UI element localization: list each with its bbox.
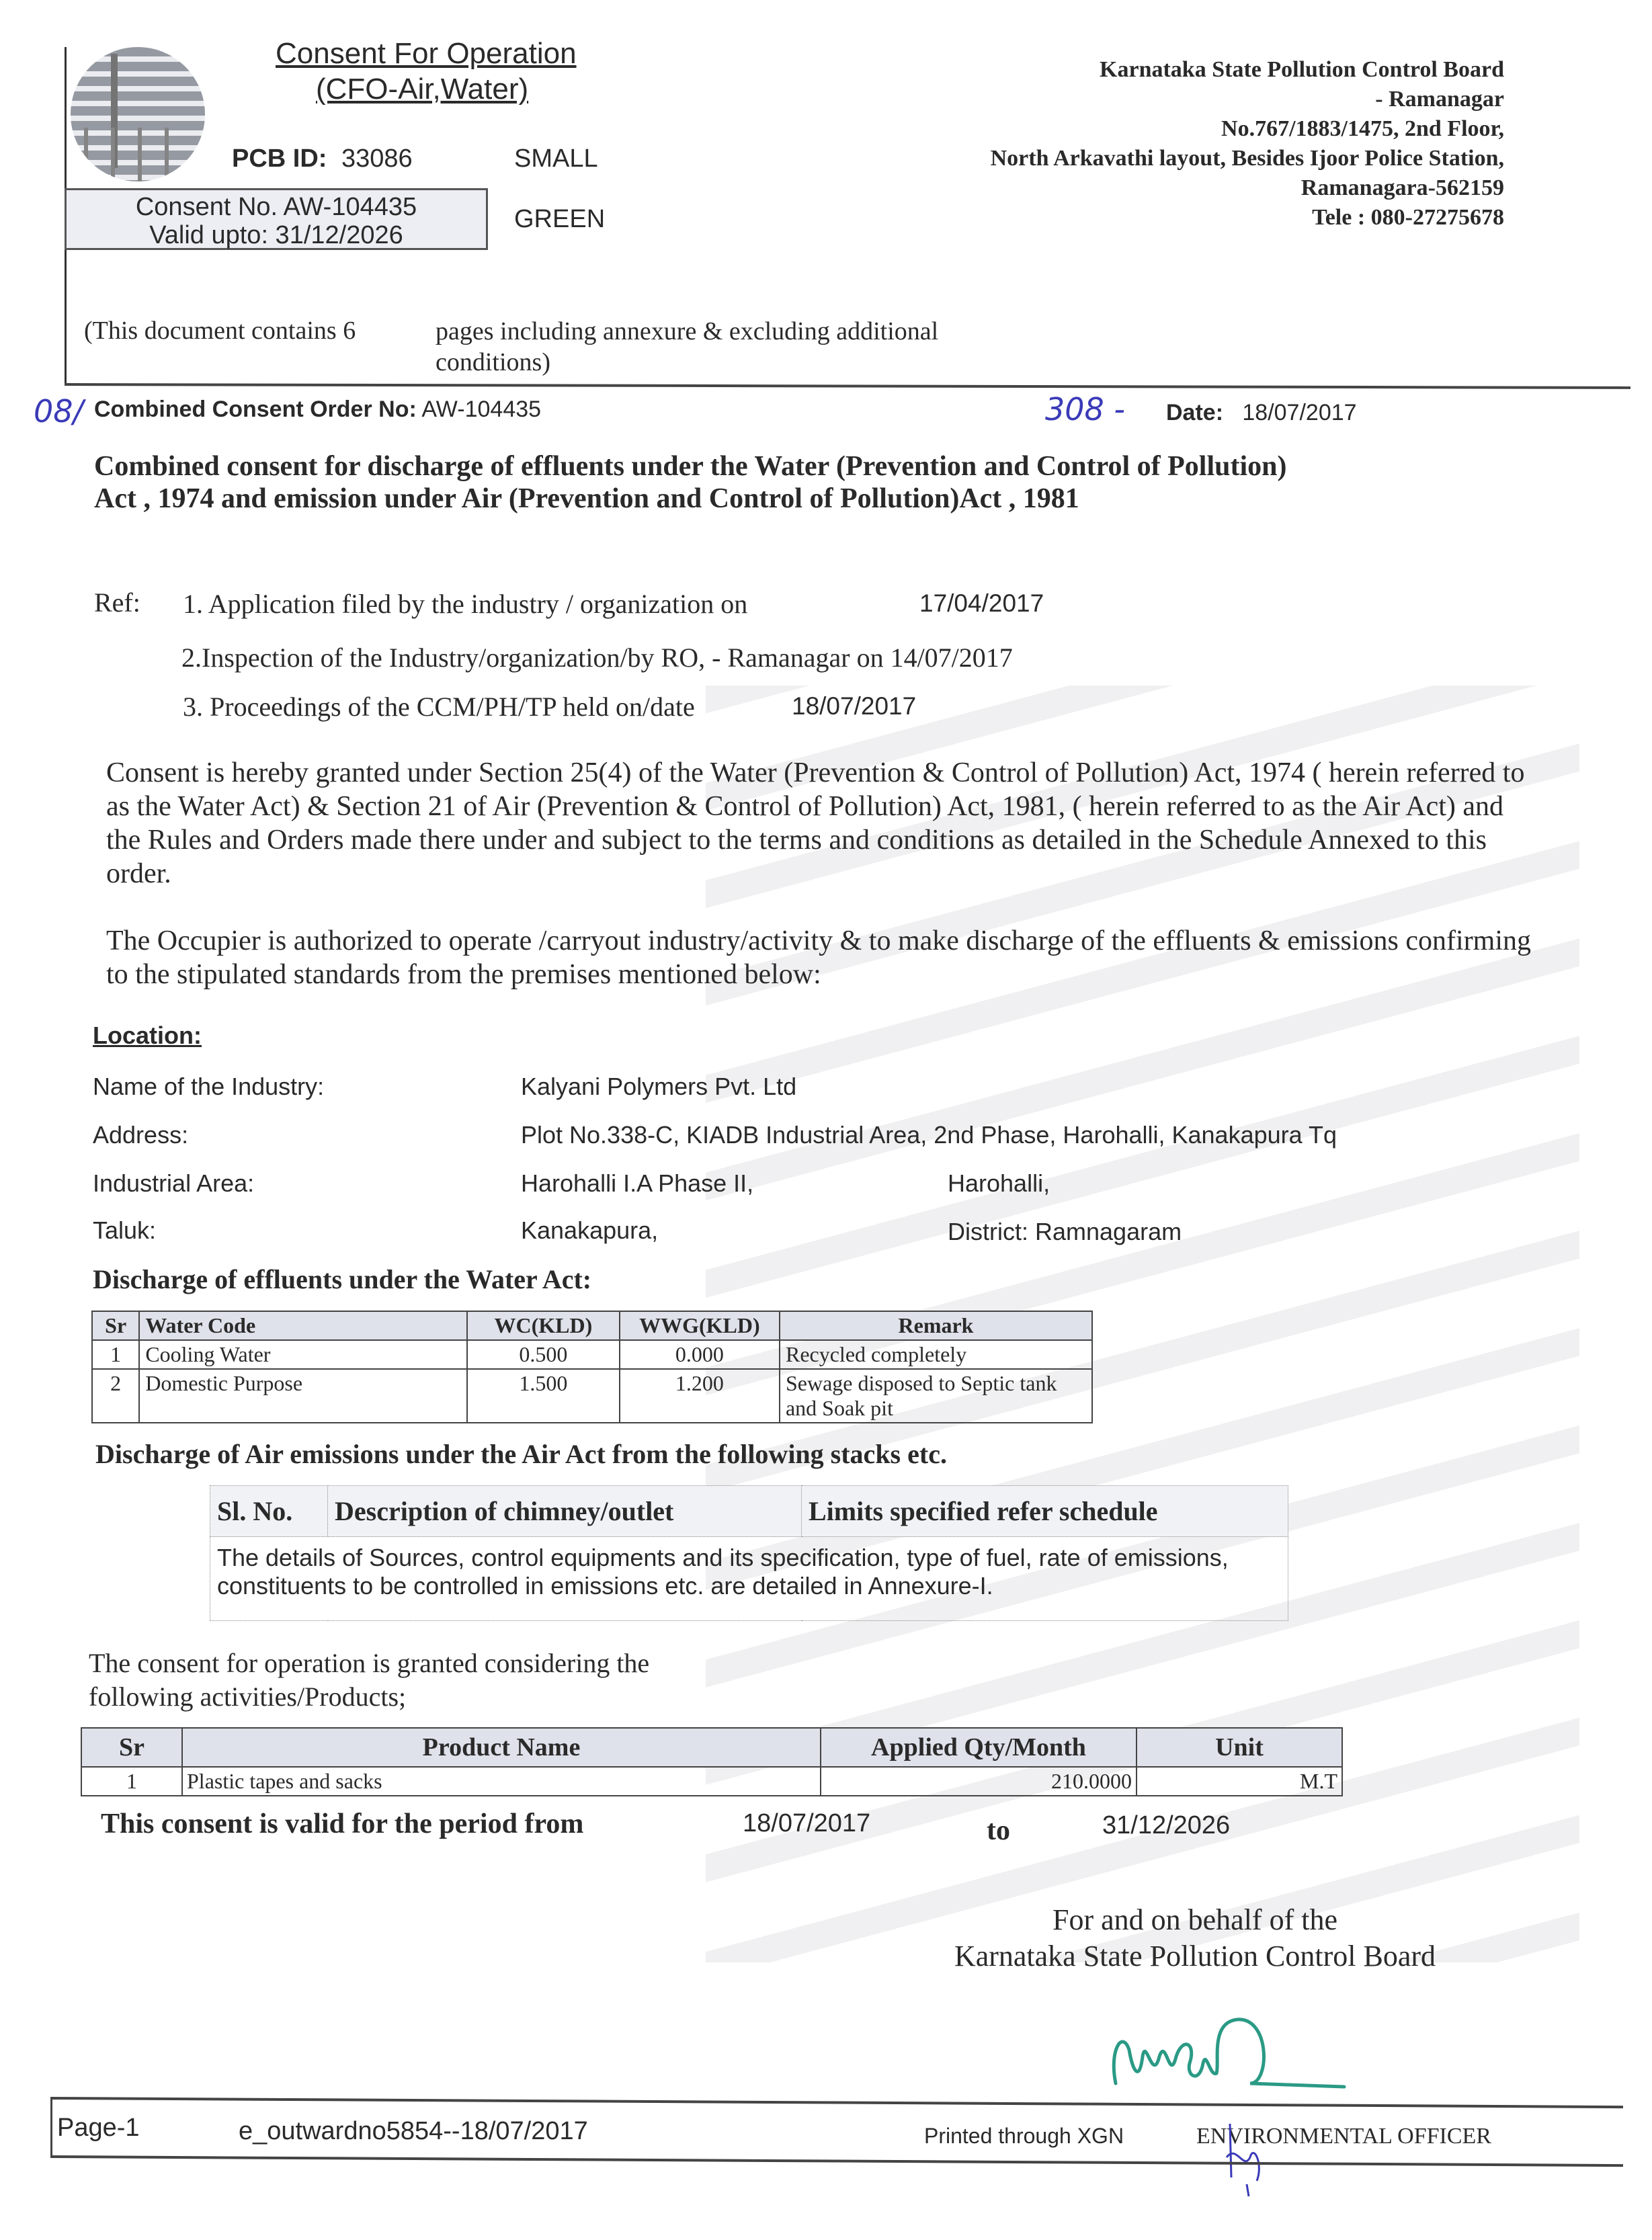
- cell-remark: Sewage disposed to Septic tank and Soak …: [780, 1369, 1092, 1423]
- document-subtitle: (CFO-Air,Water): [316, 73, 528, 106]
- water-section-title: Discharge of effluents under the Water A…: [93, 1263, 591, 1295]
- category-color: GREEN: [514, 205, 605, 234]
- taluk-label: Taluk:: [93, 1216, 156, 1245]
- col-unit: Unit: [1137, 1728, 1342, 1767]
- issuer-address-line1: No.767/1883/1475, 2nd Floor,: [991, 114, 1504, 144]
- reference-item-2: 2.Inspection of the Industry/organizatio…: [181, 642, 1013, 673]
- cell-sr: 2: [92, 1369, 139, 1423]
- location-title: Location:: [93, 1022, 202, 1050]
- col-wc: WC(KLD): [467, 1311, 620, 1340]
- ref-label: Ref:: [94, 587, 140, 618]
- address-value: Plot No.338-C, KIADB Industrial Area, 2n…: [521, 1121, 1337, 1149]
- district-value: District: Ramnagaram: [948, 1218, 1182, 1246]
- order-number-line: Combined Consent Order No: AW-104435: [94, 397, 541, 423]
- col-limits: Limits specified refer schedule: [802, 1486, 1288, 1537]
- col-sr: Sr: [92, 1311, 139, 1340]
- validity-label: This consent is valid for the period fro…: [101, 1808, 583, 1840]
- consent-number-box: Consent No. AW-104435 Valid upto: 31/12/…: [65, 188, 488, 250]
- pcb-id-value: 33086: [341, 144, 413, 173]
- cell-wc: 0.500: [467, 1340, 620, 1369]
- issuer-office: - Ramanagar: [991, 85, 1504, 114]
- cell-code: Cooling Water: [139, 1340, 467, 1369]
- annexure-note: The details of Sources, control equipmen…: [210, 1537, 1288, 1621]
- handwritten-date-annotation: 308 -: [1045, 391, 1125, 427]
- table-row: 1 Cooling Water 0.500 0.000 Recycled com…: [92, 1340, 1092, 1369]
- validity-to-label: to: [987, 1815, 1010, 1847]
- handwritten-initials-icon: [1216, 2117, 1277, 2198]
- cell-wc: 1.500: [467, 1369, 620, 1423]
- cell-remark: Recycled completely: [780, 1340, 1092, 1369]
- industrial-area-value: Harohalli I.A Phase II,: [521, 1169, 753, 1198]
- header-divider: [65, 383, 1630, 389]
- heading-line1: Combined consent for discharge of efflue…: [94, 450, 1573, 483]
- order-label: Combined Consent Order No:: [94, 397, 417, 422]
- kspcb-logo-icon: [71, 47, 205, 181]
- printed-through: Printed through XGN: [924, 2124, 1124, 2149]
- cell-wwg: 1.200: [620, 1369, 780, 1423]
- address-label: Address:: [93, 1121, 188, 1149]
- heading-line2: Act , 1974 and emission under Air (Preve…: [94, 483, 1573, 515]
- cell-product-name: Plastic tapes and sacks: [182, 1767, 821, 1796]
- col-sl-no: Sl. No.: [210, 1486, 328, 1537]
- issuer-address-block: Karnataka State Pollution Control Board …: [991, 55, 1504, 233]
- reference-item-3: 3. Proceedings of the CCM/PH/TP held on/…: [183, 691, 695, 722]
- consent-heading: Combined consent for discharge of efflue…: [94, 450, 1573, 515]
- products-table: Sr Product Name Applied Qty/Month Unit 1…: [81, 1727, 1343, 1796]
- document-title: Consent For Operation: [276, 37, 577, 71]
- date-label: Date:: [1166, 400, 1223, 425]
- order-date: 18/07/2017: [1242, 400, 1356, 425]
- col-wwg: WWG(KLD): [620, 1311, 780, 1340]
- table-row: 2 Domestic Purpose 1.500 1.200 Sewage di…: [92, 1369, 1092, 1423]
- note-line2: conditions): [436, 347, 938, 378]
- cell-code: Domestic Purpose: [139, 1369, 467, 1423]
- validity-from: 18/07/2017: [743, 1809, 870, 1838]
- air-emissions-table: Sl. No. Description of chimney/outlet Li…: [210, 1485, 1288, 1621]
- pcb-id-label: PCB ID:: [232, 144, 327, 173]
- col-water-code: Water Code: [139, 1311, 467, 1340]
- signature-block: For and on behalf of the Karnataka State…: [926, 1902, 1464, 1975]
- taluk-value: Kanakapura,: [521, 1216, 658, 1245]
- table-row: The details of Sources, control equipmen…: [210, 1537, 1288, 1621]
- footer-left-rule: [50, 2098, 52, 2157]
- footer-bottom-rule: [50, 2155, 1623, 2167]
- issuer-name: Karnataka State Pollution Control Board: [991, 55, 1504, 85]
- reference-item-1: 1. Application filed by the industry / o…: [183, 588, 747, 620]
- behalf-line2: Karnataka State Pollution Control Board: [926, 1938, 1464, 1975]
- cell-wwg: 0.000: [620, 1340, 780, 1369]
- behalf-line1: For and on behalf of the: [926, 1902, 1464, 1938]
- order-number: AW-104435: [421, 397, 541, 422]
- reference-date-1: 17/04/2017: [919, 589, 1044, 618]
- order-date-line: Date: 18/07/2017: [1166, 400, 1357, 426]
- col-sr: Sr: [81, 1728, 182, 1767]
- note-line1: pages including annexure & excluding add…: [436, 316, 938, 347]
- cell-sr: 1: [81, 1767, 182, 1796]
- industrial-area-locality: Harohalli,: [948, 1169, 1050, 1198]
- col-remark: Remark: [780, 1311, 1092, 1340]
- col-product-name: Product Name: [182, 1728, 821, 1767]
- products-intro-line1: The consent for operation is granted con…: [89, 1647, 649, 1680]
- outward-number: e_outwardno5854--18/07/2017: [239, 2117, 588, 2146]
- page-count-note: (This document contains 6: [84, 316, 356, 345]
- valid-upto: Valid upto: 31/12/2026: [67, 221, 486, 249]
- cell-qty: 210.0000: [821, 1767, 1137, 1796]
- occupier-paragraph: The Occupier is authorized to operate /c…: [106, 924, 1544, 991]
- products-intro-line2: following activities/Products;: [89, 1680, 649, 1714]
- consent-number: Consent No. AW-104435: [67, 193, 486, 221]
- air-section-title: Discharge of Air emissions under the Air…: [95, 1438, 947, 1470]
- water-discharge-table: Sr Water Code WC(KLD) WWG(KLD) Remark 1 …: [91, 1311, 1093, 1423]
- cell-sr: 1: [92, 1340, 139, 1369]
- industry-name-label: Name of the Industry:: [93, 1073, 324, 1101]
- footer-top-rule: [50, 2097, 1623, 2108]
- page-number: Page-1: [57, 2114, 140, 2143]
- industry-name-value: Kalyani Polymers Pvt. Ltd: [521, 1073, 796, 1101]
- issuer-address-line3: Ramanagara-562159: [991, 173, 1504, 203]
- signature-icon: [1102, 2009, 1371, 2104]
- page-count-note-suffix: pages including annexure & excluding add…: [436, 316, 938, 378]
- handwritten-annotation: 08/: [34, 393, 83, 429]
- col-qty: Applied Qty/Month: [821, 1728, 1137, 1767]
- reference-date-3: 18/07/2017: [792, 692, 916, 720]
- industrial-area-label: Industrial Area:: [93, 1169, 254, 1198]
- grant-paragraph: Consent is hereby granted under Section …: [106, 756, 1544, 890]
- category-size: SMALL: [514, 144, 598, 173]
- cell-unit: M.T: [1137, 1767, 1342, 1796]
- issuer-phone: Tele : 080-27275678: [991, 203, 1504, 233]
- validity-to: 31/12/2026: [1102, 1811, 1230, 1840]
- table-row: 1 Plastic tapes and sacks 210.0000 M.T: [81, 1767, 1342, 1796]
- issuer-address-line2: North Arkavathi layout, Besides Ijoor Po…: [991, 144, 1504, 173]
- col-description: Description of chimney/outlet: [328, 1486, 802, 1537]
- products-intro: The consent for operation is granted con…: [89, 1647, 649, 1714]
